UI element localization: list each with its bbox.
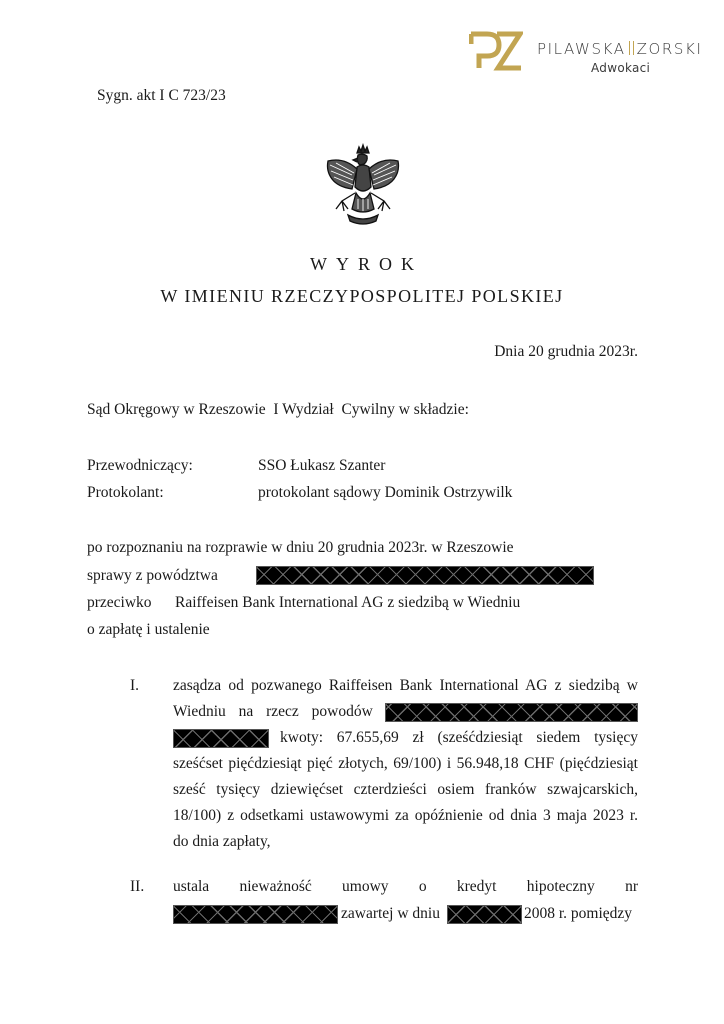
ruling-1-line: 18/100) z odsetkami ustawowymi za opóźni… [173,806,638,826]
plaintiff-label: sprawy z powództwa [87,566,218,586]
ruling-1-line: Wiedniu na rzecz powodów [173,702,373,722]
redacted-contract-number [173,905,338,924]
redacted-plaintiff-names [256,566,594,585]
court-reporter-label: Protokolant: [87,483,164,503]
ruling-1-line: kwoty: 67.655,69 zł (sześćdziesiąt siede… [280,728,638,748]
ruling-2-line: ustala nieważność umowy o kredyt hipotec… [173,877,638,897]
ruling-1-line: do dnia zapłaty, [173,832,271,852]
ruling-number: I. [130,676,139,696]
firm-name-right: ZORSKI [637,40,703,58]
polish-eagle-emblem-icon [322,143,404,229]
judgment-subtitle: W IMIENIU RZECZYPOSPOLITEJ POLSKIEJ [0,286,724,307]
defendant-name: Raiffeisen Bank International AG z siedz… [175,593,520,613]
defendant-label: przeciwko [87,593,152,613]
case-subject: o zapłatę i ustalenie [87,620,210,640]
judgment-title: WYROK [0,254,724,275]
proceedings-line: po rozpoznaniu na rozprawie w dniu 20 gr… [87,538,514,558]
redacted-contract-date [447,905,522,924]
redacted-plaintiff-names [173,729,269,748]
court-reporter-name: protokolant sądowy Dominik Ostrzywilk [258,483,512,503]
ruling-2-text: 2008 r. pomiędzy [524,904,632,924]
pz-logo-mark-icon [469,30,523,72]
presiding-judge-label: Przewodniczący: [87,456,193,476]
judgment-date: Dnia 20 grudnia 2023r. [494,342,638,362]
ruling-2-text: zawartej w dniu [341,904,440,924]
redacted-plaintiff-names [385,703,638,722]
presiding-judge-name: SSO Łukasz Szanter [258,456,385,476]
law-firm-name: PILAWSKAZORSKI [537,40,703,58]
ruling-1-line: zasądza od pozwanego Raiffeisen Bank Int… [173,676,638,696]
law-firm-subtitle: Adwokaci [591,61,650,75]
case-signature: Sygn. akt I C 723/23 [97,86,226,106]
ruling-number: II. [130,877,144,897]
firm-name-left: PILAWSKA [537,40,626,58]
logo-separator [629,41,634,55]
ruling-1-line: sześćset pięćdziesiąt pięć złotych, 69/1… [173,754,638,774]
ruling-1-line: sześć tysięcy dziewięćset czterdzieści o… [173,780,638,800]
court-composition-heading: Sąd Okręgowy w Rzeszowie I Wydział Cywil… [87,400,469,420]
